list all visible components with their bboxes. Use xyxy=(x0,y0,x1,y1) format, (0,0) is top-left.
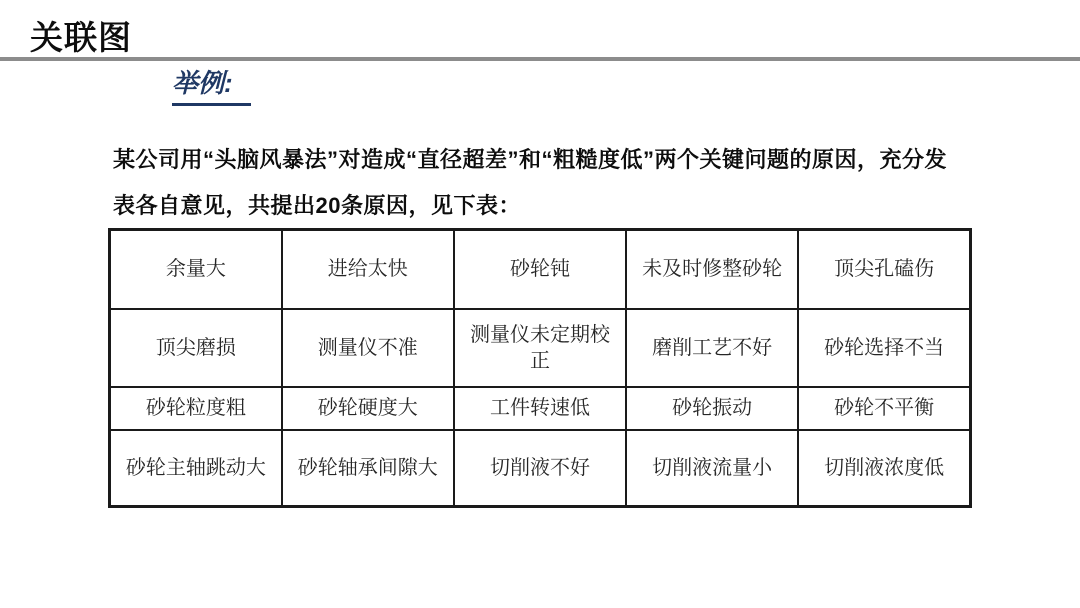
table-cell: 砂轮粒度粗 xyxy=(110,387,282,430)
table-cell: 未及时修整砂轮 xyxy=(626,230,798,309)
table-cell: 切削液流量小 xyxy=(626,430,798,507)
table-cell: 工件转速低 xyxy=(454,387,626,430)
slide-canvas: 关联图 举例: 某公司用“头脑风暴法”对造成“直径超差”和“粗糙度低”两个关键问… xyxy=(0,0,1080,608)
table-cell: 砂轮不平衡 xyxy=(798,387,970,430)
table-cell: 砂轮振动 xyxy=(626,387,798,430)
table-cell: 砂轮硬度大 xyxy=(282,387,454,430)
title-divider-line xyxy=(0,57,1080,61)
table-row: 顶尖磨损 测量仪不准 测量仪未定期校正 磨削工艺不好 砂轮选择不当 xyxy=(110,309,971,387)
table-cell: 砂轮轴承间隙大 xyxy=(282,430,454,507)
example-heading: 举例: xyxy=(172,63,251,106)
table-row: 余量大 进给太快 砂轮钝 未及时修整砂轮 顶尖孔磕伤 xyxy=(110,230,971,309)
causes-table: 余量大 进给太快 砂轮钝 未及时修整砂轮 顶尖孔磕伤 顶尖磨损 测量仪不准 测量… xyxy=(108,228,972,508)
table-cell: 顶尖磨损 xyxy=(110,309,282,387)
table-cell: 砂轮钝 xyxy=(454,230,626,309)
table-row: 砂轮粒度粗 砂轮硬度大 工件转速低 砂轮振动 砂轮不平衡 xyxy=(110,387,971,430)
table-cell: 余量大 xyxy=(110,230,282,309)
intro-paragraph: 某公司用“头脑风暴法”对造成“直径超差”和“粗糙度低”两个关键问题的原因，充分发… xyxy=(113,137,965,229)
table-row: 砂轮主轴跳动大 砂轮轴承间隙大 切削液不好 切削液流量小 切削液浓度低 xyxy=(110,430,971,507)
table-cell: 砂轮选择不当 xyxy=(798,309,970,387)
table-cell: 进给太快 xyxy=(282,230,454,309)
table-cell: 顶尖孔磕伤 xyxy=(798,230,970,309)
table-cell: 磨削工艺不好 xyxy=(626,309,798,387)
page-title: 关联图 xyxy=(30,12,132,59)
table-cell: 砂轮主轴跳动大 xyxy=(110,430,282,507)
table-cell: 切削液浓度低 xyxy=(798,430,970,507)
table-cell: 测量仪未定期校正 xyxy=(454,309,626,387)
table-cell: 切削液不好 xyxy=(454,430,626,507)
table-cell: 测量仪不准 xyxy=(282,309,454,387)
